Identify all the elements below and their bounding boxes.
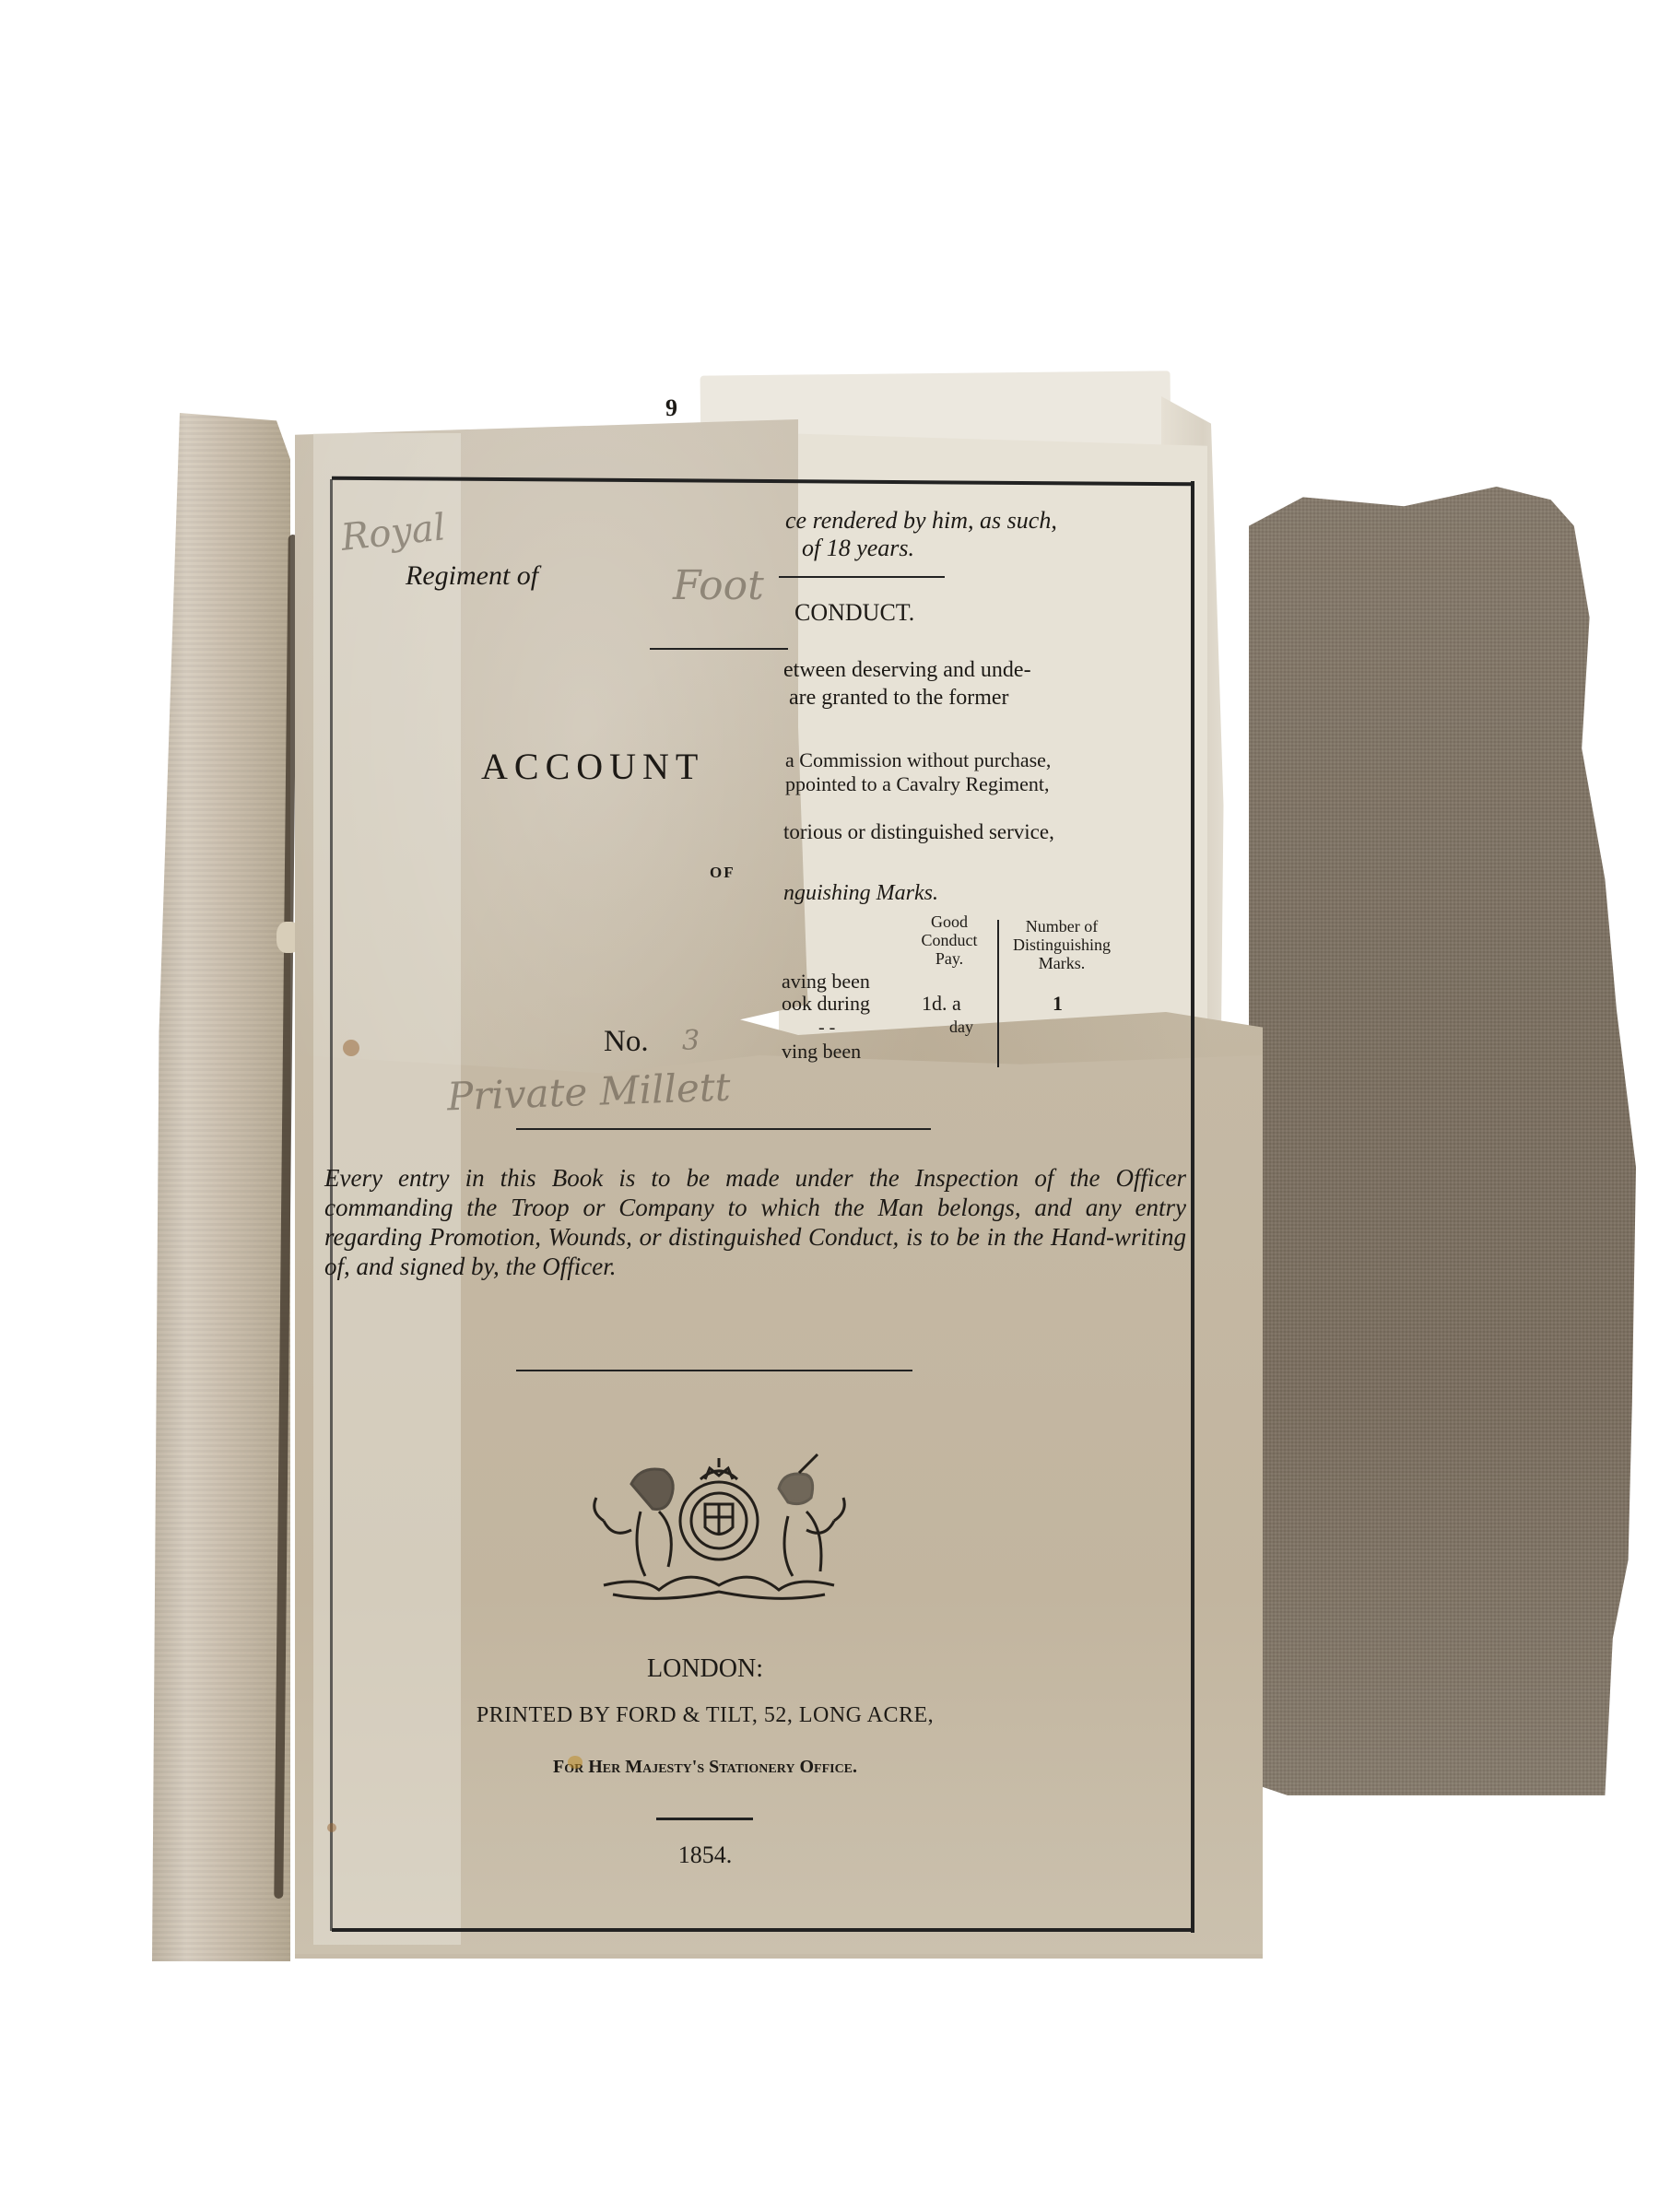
regiment-label: Regiment of <box>406 560 538 592</box>
table-cell-pay: 1d. a <box>922 992 961 1016</box>
reg-line-5: are granted to the former <box>789 684 1009 712</box>
foxing-stain <box>343 1040 359 1056</box>
reg-heading-conduct: CONDUCT. <box>794 599 914 627</box>
of-label: OF <box>710 864 735 882</box>
table-row-label: ving been <box>782 1040 861 1064</box>
divider-rule <box>516 1370 912 1371</box>
reg-line-7: ppointed to a Cavalry Regiment, <box>785 772 1050 796</box>
imprint-year: 1854. <box>0 1841 1410 1869</box>
reg-heading-marks: nguishing Marks. <box>783 881 938 906</box>
imprint-rule <box>656 1818 753 1820</box>
imprint-city: LONDON: <box>0 1654 1410 1684</box>
cloth-back-cover <box>1249 487 1636 1795</box>
reg-line-2: of 18 years. <box>802 535 914 562</box>
handwritten-number: 3 <box>682 1025 700 1057</box>
royal-coat-of-arms-icon <box>585 1447 853 1608</box>
table-column-divider <box>997 920 999 1067</box>
table-row-dashes: - - <box>818 1018 835 1039</box>
foxing-stain <box>568 1756 582 1769</box>
heading-rule <box>650 648 788 650</box>
reg-line-8: torious or distinguished service, <box>783 820 1054 844</box>
reg-line-4: etween deserving and unde- <box>783 656 1031 684</box>
name-underline <box>516 1128 931 1130</box>
imprint-printer: PRINTED BY FORD & TILT, 52, LONG ACRE, <box>0 1703 1410 1728</box>
reg-line-6: a Commission without purchase, <box>785 748 1051 772</box>
instructions-paragraph: Every entry in this Book is to be made u… <box>324 1163 1186 1281</box>
book-spine <box>152 413 290 1961</box>
imprint-for: For Her Majesty's Stationery Office. <box>0 1757 1410 1778</box>
reg-line-1: ce rendered by him, as such, <box>785 507 1057 535</box>
table-header-distinguishing-marks: Number of Distinguishing Marks. <box>1003 917 1121 972</box>
table-row-label: aving been <box>782 970 870 994</box>
table-header-good-conduct-pay: Good Conduct Pay. <box>908 912 991 968</box>
foxing-stain <box>327 1823 336 1832</box>
title-account: ACCOUNT <box>481 745 704 788</box>
table-row-label: ook during <box>782 992 870 1016</box>
table-cell-marks: 1 <box>1053 992 1063 1016</box>
border-bottom <box>332 1928 1194 1932</box>
table-cell-pay-unit: day <box>949 1018 973 1037</box>
page-number: 9 <box>665 394 677 422</box>
reg-rule <box>779 576 945 578</box>
number-label: No. <box>604 1025 649 1059</box>
handwritten-regiment-2: Foot <box>673 562 764 609</box>
